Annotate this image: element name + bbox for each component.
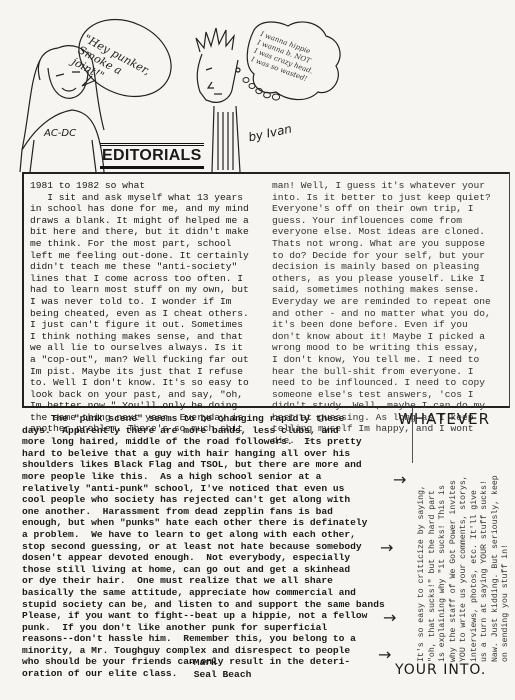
arrow-icon: → [393,470,406,489]
arrow-icon: → [380,538,393,557]
sidebar-footer: YOUR INTO. [395,662,486,678]
shirt-logo-text: AC-DC [44,128,76,139]
illustration-drawing [0,0,515,172]
page-title: EDITORIALS [100,143,204,169]
arrow-icon: → [383,608,396,627]
header-illustration: "Hey punker, Smoke a joint!" I wanna hip… [0,0,515,172]
editorial-2-body: The "punk scene" seems to be changing ra… [22,413,402,680]
arrow-icon: → [378,645,391,664]
editorial-1-left-column: 1981 to 1982 so what I sit and ask mysel… [30,180,264,435]
zine-page: "Hey punker, Smoke a joint!" I wanna hip… [0,0,515,700]
editorial-2-signature: -Mark Seal Beach [188,657,251,680]
editorial-1-right-column: man! Well, I guess it's whatever your in… [272,180,506,447]
sidebar-note: It's so easy to criticize by saying, "oh… [417,452,512,662]
editorial-1-box: 1981 to 1982 so what I sit and ask mysel… [22,172,510,408]
sidebar-heading: WHATEVER [398,410,490,428]
